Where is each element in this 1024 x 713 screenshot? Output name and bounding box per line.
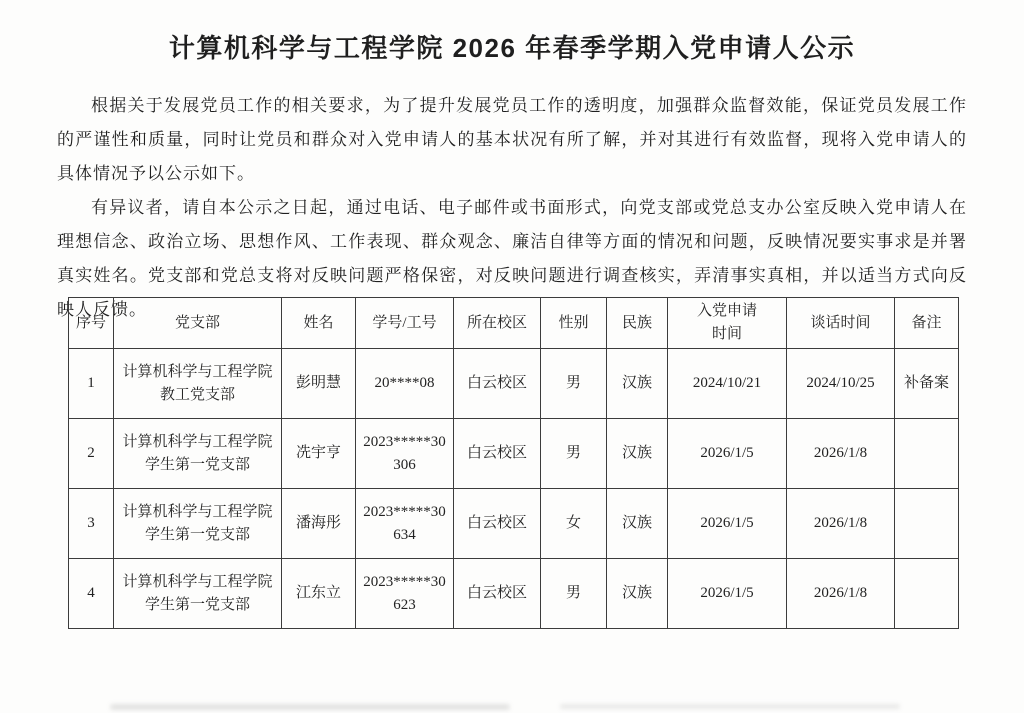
cell-campus: 白云校区 xyxy=(454,559,541,629)
cell-talk-date: 2026/1/8 xyxy=(787,489,895,559)
scan-artifact xyxy=(110,704,510,710)
cell-student-id: 20****08 xyxy=(356,349,454,419)
cell-talk-date: 2026/1/8 xyxy=(787,559,895,629)
cell-party-branch: 计算机科学与工程学院学生第一党支部 xyxy=(114,559,282,629)
cell-gender: 男 xyxy=(541,559,607,629)
col-header-campus: 所在校区 xyxy=(454,298,541,349)
cell-ethnicity: 汉族 xyxy=(607,419,668,489)
cell-talk-date: 2024/10/25 xyxy=(787,349,895,419)
cell-campus: 白云校区 xyxy=(454,489,541,559)
col-header-talk-date: 谈话时间 xyxy=(787,298,895,349)
cell-remark xyxy=(895,419,959,489)
cell-party-branch: 计算机科学与工程学院学生第一党支部 xyxy=(114,489,282,559)
cell-seq: 4 xyxy=(69,559,114,629)
cell-ethnicity: 汉族 xyxy=(607,349,668,419)
col-header-party-branch: 党支部 xyxy=(114,298,282,349)
document-body: 根据关于发展党员工作的相关要求，为了提升发展党员工作的透明度，加强群众监督效能，… xyxy=(57,89,967,327)
cell-remark xyxy=(895,489,959,559)
table-row: 4 计算机科学与工程学院学生第一党支部 江东立 2023*****30623 白… xyxy=(69,559,959,629)
col-header-name: 姓名 xyxy=(282,298,356,349)
cell-apply-date: 2026/1/5 xyxy=(668,489,787,559)
cell-remark: 补备案 xyxy=(895,349,959,419)
col-header-remark: 备注 xyxy=(895,298,959,349)
cell-name: 冼宇亨 xyxy=(282,419,356,489)
col-header-ethnicity: 民族 xyxy=(607,298,668,349)
cell-talk-date: 2026/1/8 xyxy=(787,419,895,489)
table-header-row: 序号 党支部 姓名 学号/工号 所在校区 性别 民族 入党申请 时间 谈话时间 … xyxy=(69,298,959,349)
cell-student-id: 2023*****30306 xyxy=(356,419,454,489)
cell-campus: 白云校区 xyxy=(454,349,541,419)
cell-student-id: 2023*****30623 xyxy=(356,559,454,629)
cell-ethnicity: 汉族 xyxy=(607,489,668,559)
cell-name: 江东立 xyxy=(282,559,356,629)
cell-seq: 3 xyxy=(69,489,114,559)
page-title: 计算机科学与工程学院 2026 年春季学期入党申请人公示 xyxy=(0,0,1024,65)
cell-seq: 1 xyxy=(69,349,114,419)
cell-campus: 白云校区 xyxy=(454,419,541,489)
col-header-gender: 性别 xyxy=(541,298,607,349)
cell-remark xyxy=(895,559,959,629)
applicants-table: 序号 党支部 姓名 学号/工号 所在校区 性别 民族 入党申请 时间 谈话时间 … xyxy=(68,297,959,629)
cell-gender: 男 xyxy=(541,349,607,419)
table-row: 3 计算机科学与工程学院学生第一党支部 潘海彤 2023*****30634 白… xyxy=(69,489,959,559)
cell-name: 彭明慧 xyxy=(282,349,356,419)
cell-ethnicity: 汉族 xyxy=(607,559,668,629)
cell-gender: 男 xyxy=(541,419,607,489)
table-row: 2 计算机科学与工程学院学生第一党支部 冼宇亨 2023*****30306 白… xyxy=(69,419,959,489)
paragraph-intro: 根据关于发展党员工作的相关要求，为了提升发展党员工作的透明度，加强群众监督效能，… xyxy=(57,89,967,191)
col-header-seq: 序号 xyxy=(69,298,114,349)
scan-artifact xyxy=(560,704,900,709)
cell-apply-date: 2024/10/21 xyxy=(668,349,787,419)
scanned-document-page: 计算机科学与工程学院 2026 年春季学期入党申请人公示 根据关于发展党员工作的… xyxy=(0,0,1024,713)
cell-party-branch: 计算机科学与工程学院教工党支部 xyxy=(114,349,282,419)
cell-student-id: 2023*****30634 xyxy=(356,489,454,559)
table-row: 1 计算机科学与工程学院教工党支部 彭明慧 20****08 白云校区 男 汉族… xyxy=(69,349,959,419)
cell-apply-date: 2026/1/5 xyxy=(668,559,787,629)
cell-apply-date: 2026/1/5 xyxy=(668,419,787,489)
cell-seq: 2 xyxy=(69,419,114,489)
cell-name: 潘海彤 xyxy=(282,489,356,559)
col-header-student-id: 学号/工号 xyxy=(356,298,454,349)
cell-gender: 女 xyxy=(541,489,607,559)
col-header-apply-date: 入党申请 时间 xyxy=(668,298,787,349)
cell-party-branch: 计算机科学与工程学院学生第一党支部 xyxy=(114,419,282,489)
